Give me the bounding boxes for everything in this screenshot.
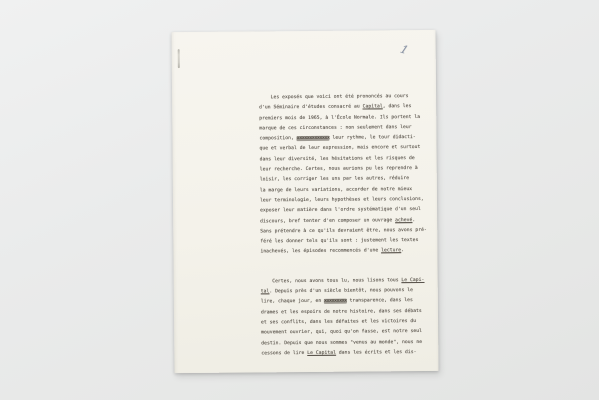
text-segment: cessons de lire [261,351,307,356]
typewritten-text-block: Les exposés que voici ont été prononcés … [259,92,427,360]
text-segment: destin. Depuis que nous sommes "venus au… [261,340,422,346]
document-page: 1 Les exposés que voici ont été prononcé… [172,30,439,373]
text-segment: et ses conflits, dans les défaites et le… [261,319,416,325]
text-segment: . [412,218,415,223]
text-segment: exposer leur matière dans l'ordre systém… [260,207,421,213]
paragraph-2: Certes, nous avons tous lu, nous lisons … [261,276,428,360]
text-segment: leur terminologie, leurs hypothèses et l… [260,197,424,203]
underlined-text: achevé [395,218,412,223]
text-segment: inachevés, les épisodes recommencés d'un… [260,249,381,255]
text-segment: féré les donner tels qu'ils sont : juste… [260,238,418,244]
text-line: inachevés, les épisodes recommencés d'un… [260,246,426,258]
text-segment: que et verbal de leur expression, mais e… [260,145,421,151]
text-segment: lire, chaque jour, en [261,299,324,305]
text-segment: dans les écrits et les dis- [336,350,416,356]
text-segment: Sans prétendre à ce qu'ils devraient êtr… [260,228,427,234]
underlined-text: lecture [381,249,401,254]
paragraph-1: Les exposés que voici ont été prononcés … [259,92,426,258]
text-segment: leur rythme, le tour didacti- [330,135,416,141]
text-segment: composition, [259,136,296,141]
text-segment: leur recherche. Certes, nous aurions pu … [260,166,418,172]
handwritten-page-number: 1 [398,43,410,57]
text-segment: premiers mois de 1965, à l'École Normale… [259,115,420,121]
text-segment: . [401,249,404,254]
text-line: cessons de lire Le Capital dans les écri… [261,348,427,360]
underlined-text: Capital [363,105,383,110]
text-segment: Certes, nous avons tous lu, nous lisons … [261,278,402,284]
text-segment: d'un Séminaire d'études consacré au [259,105,362,111]
typed-strikeout: xxxxxxxxxxxxx [297,136,330,141]
text-segment: Les exposés que voici ont été prononcés … [259,94,408,100]
text-segment: transparence, dans les [347,298,413,304]
staple-mark [178,49,180,68]
photo-backdrop: 1 Les exposés que voici ont été prononcé… [0,0,599,400]
underlined-text: Le Capital [307,351,336,356]
underlined-text: tal [261,289,270,294]
typed-strikeout: xxxxxxxxx [324,299,347,304]
text-segment: discours, bref tenter d'en composer un o… [260,218,395,224]
text-segment: la marge de leurs variations, accorder d… [260,187,412,193]
text-segment: mouvement ouvrier, qui, quoi qu'on fasse… [261,329,422,335]
text-segment: dans leur diversité, les hésitations et … [260,156,415,162]
text-segment: loisir, les corriger les uns par les aut… [260,176,409,182]
text-segment: , dans les [383,104,412,109]
underlined-text: Le Capi- [401,278,424,283]
text-segment: . Depuis près d'un siècle bientôt, nous … [269,288,413,294]
text-segment: marque de ces circonstances : non seulem… [259,125,411,131]
text-segment: drames et les espoirs de notre histoire,… [261,309,422,315]
